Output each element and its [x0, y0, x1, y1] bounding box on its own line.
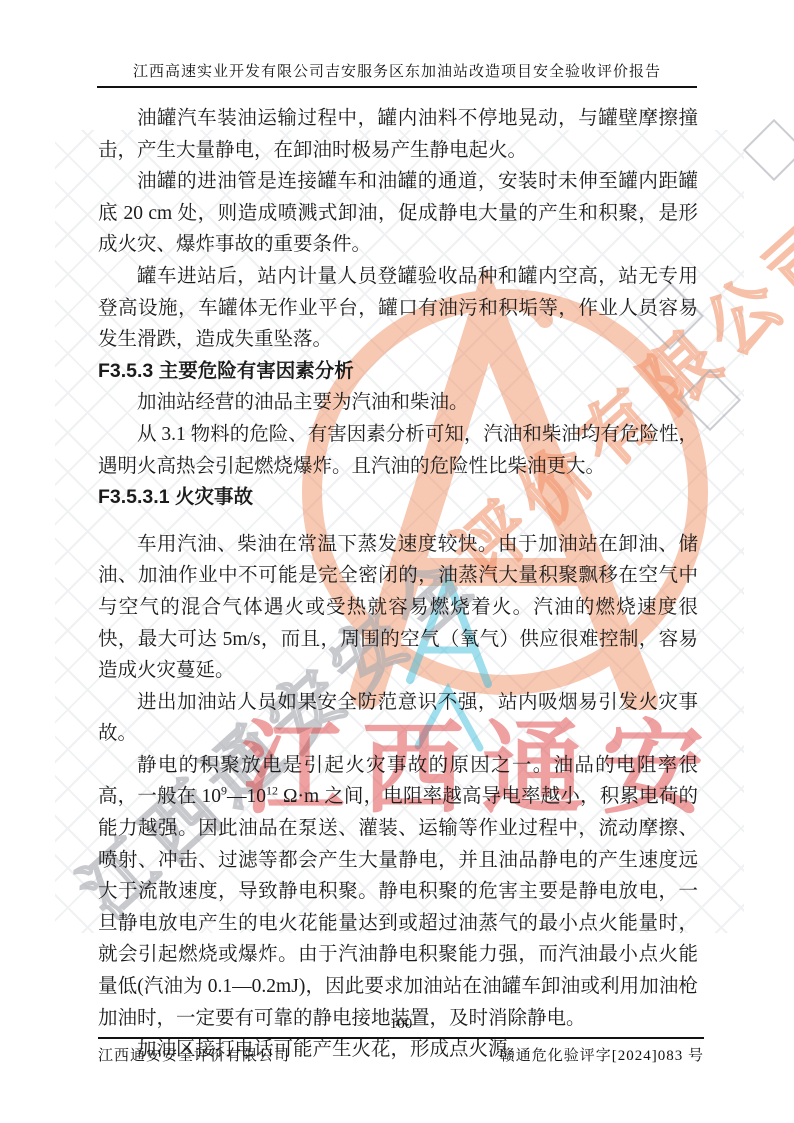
superscript: 9: [221, 784, 227, 798]
document-body: 油罐汽车装油运输过程中，罐内油料不停地晃动，与罐壁摩擦撞击，产生大量静电，在卸油…: [98, 103, 698, 1066]
paragraph: 进出加油站人员如果安全防范意识不强，站内吸烟易引发火灾事故。: [98, 687, 698, 750]
paragraph: 静电的积聚放电是引起火灾事故的原因之一。油品的电阻率很高，一般在 109—101…: [98, 750, 698, 1034]
paragraph: 罐车进站后，站内计量人员登罐验收品种和罐内空高，站无专用登高设施，车罐体无作业平…: [98, 261, 698, 356]
page-header: 江西高速实业开发有限公司吉安服务区东加油站改造项目安全验收评价报告: [97, 60, 697, 88]
footer-rule: [98, 1037, 704, 1039]
page-number: 100: [98, 1016, 704, 1033]
footer-doc-number: 赣通危化验评字[2024]083 号: [500, 1044, 704, 1065]
paragraph: 油罐汽车装油运输过程中，罐内油料不停地晃动，与罐壁摩擦撞击，产生大量静电，在卸油…: [98, 103, 698, 166]
paragraph: 加油站经营的油品主要为汽油和柴油。: [98, 387, 698, 419]
page-footer: 100 江西通安安全评价有限公司 赣通危化验评字[2024]083 号: [98, 1016, 704, 1065]
superscript: 12: [266, 784, 278, 798]
header-title: 江西高速实业开发有限公司吉安服务区东加油站改造项目安全验收评价报告: [97, 60, 697, 81]
report-page: 江西通安安全评价有限公司 江西通安 江西高速实业开发有限公司吉安服务区东加油站改…: [0, 0, 794, 1123]
paragraph: 从 3.1 物料的危险、有害因素分析可知，汽油和柴油均有危险性，遇明火高热会引起…: [98, 419, 698, 482]
section-heading: F3.5.3.1 火灾事故: [98, 482, 698, 514]
paragraph: 车用汽油、柴油在常温下蒸发速度较快。由于加油站在卸油、储油、加油作业中不可能是完…: [98, 529, 698, 687]
paragraph: 油罐的进油管是连接罐车和油罐的通道，安装时未伸至罐内距罐底 20 cm 处，则造…: [98, 166, 698, 261]
watermark-diamond-icon: [743, 119, 794, 181]
header-rule: [97, 86, 697, 88]
footer-company: 江西通安安全评价有限公司: [98, 1044, 290, 1065]
section-heading: F3.5.3 主要危险有害因素分析: [98, 356, 698, 388]
